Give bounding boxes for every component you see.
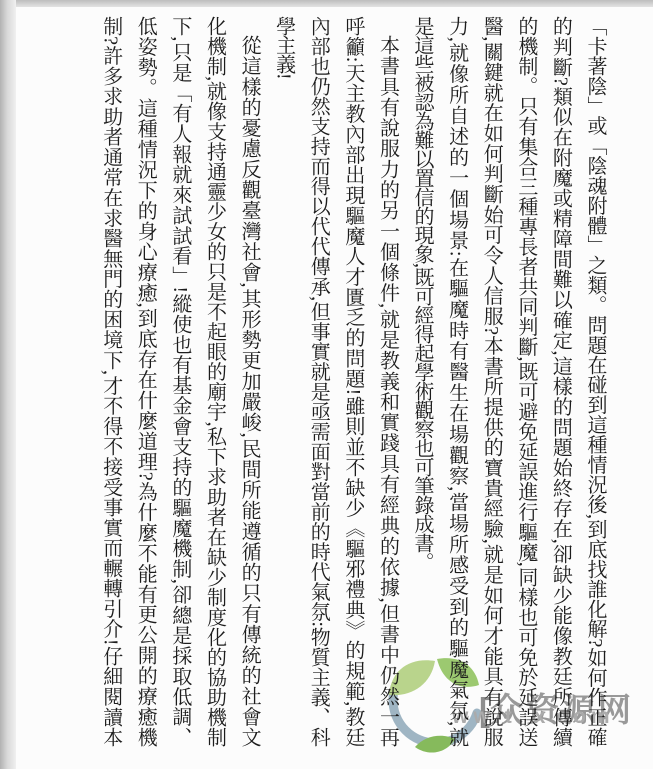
text-column: 醫,關鍵就在如何判斷始可令人信服?本書所提供的寶貴經驗,就是如何才能具有說服 xyxy=(474,16,509,746)
text-column: 下,只是「有人報就來試試看」!縱使也有基金會支持的驅魔機制,卻總是採取低調、 xyxy=(162,16,197,746)
text-column: 「卡著陰」或「陰魂附體」之類。問題在碰到這種情況後,到底找誰化解?如何作正確 xyxy=(577,16,612,746)
text-column: 是這些被認為難以置信的現象,既可經得起學術觀察也可筆錄成書。 xyxy=(404,16,439,746)
text-column: 的判斷?類似在附魔或精障間難以確定,這樣的問題始終存在,卻缺少能像教廷所傳續 xyxy=(543,16,578,746)
text-column: 呼籲:天主教內部出現驅魔人才匱乏的問題!雖則並不缺少《驅邪禮典》的規範,教廷 xyxy=(335,16,370,746)
text-column: 低姿勢。這種情況下的身心療癒,到底存在什麼道理?為什麼不能有更公開的療癒機 xyxy=(128,16,163,746)
text-column: 學主義! xyxy=(266,16,301,746)
text-column: 的機制。只有集合三種專長者共同判斷,既可避免延誤進行驅魔,同樣也可免於延誤送 xyxy=(508,16,543,746)
text-column: 制?許多求助者通常在求醫無門的困境下,才不得不接受事實而輾轉引介!仔細閱讀本 xyxy=(93,16,128,746)
text-column: 化機制,就像支持通靈少女的只是不起眼的廟宇,私下求助者在缺少制度化的協助機制 xyxy=(197,16,232,746)
text-column: 內部也仍然支持而得以代代傳承,但事實就是亟需面對當前的時代氣氛:物質主義、科 xyxy=(301,16,336,746)
scan-edge-top xyxy=(0,0,653,7)
book-text-block: 「卡著陰」或「陰魂附體」之類。問題在碰到這種情況後,到底找誰化解?如何作正確 的… xyxy=(92,16,612,746)
text-column: 從這樣的憂慮反觀臺灣社會,其形勢更加嚴峻,民間所能遵循的只有傳統的社會文 xyxy=(231,16,266,746)
text-column: 本書具有說服力的另一個條件,就是教義和實踐具有經典的依據,但書中仍然一再 xyxy=(370,16,405,746)
text-column: 力,就像所自述的一個場景:在驅魔時有醫生在場觀察,當場所感受到的驅魔氣氛,就 xyxy=(439,16,474,746)
scan-edge-left xyxy=(0,0,16,769)
